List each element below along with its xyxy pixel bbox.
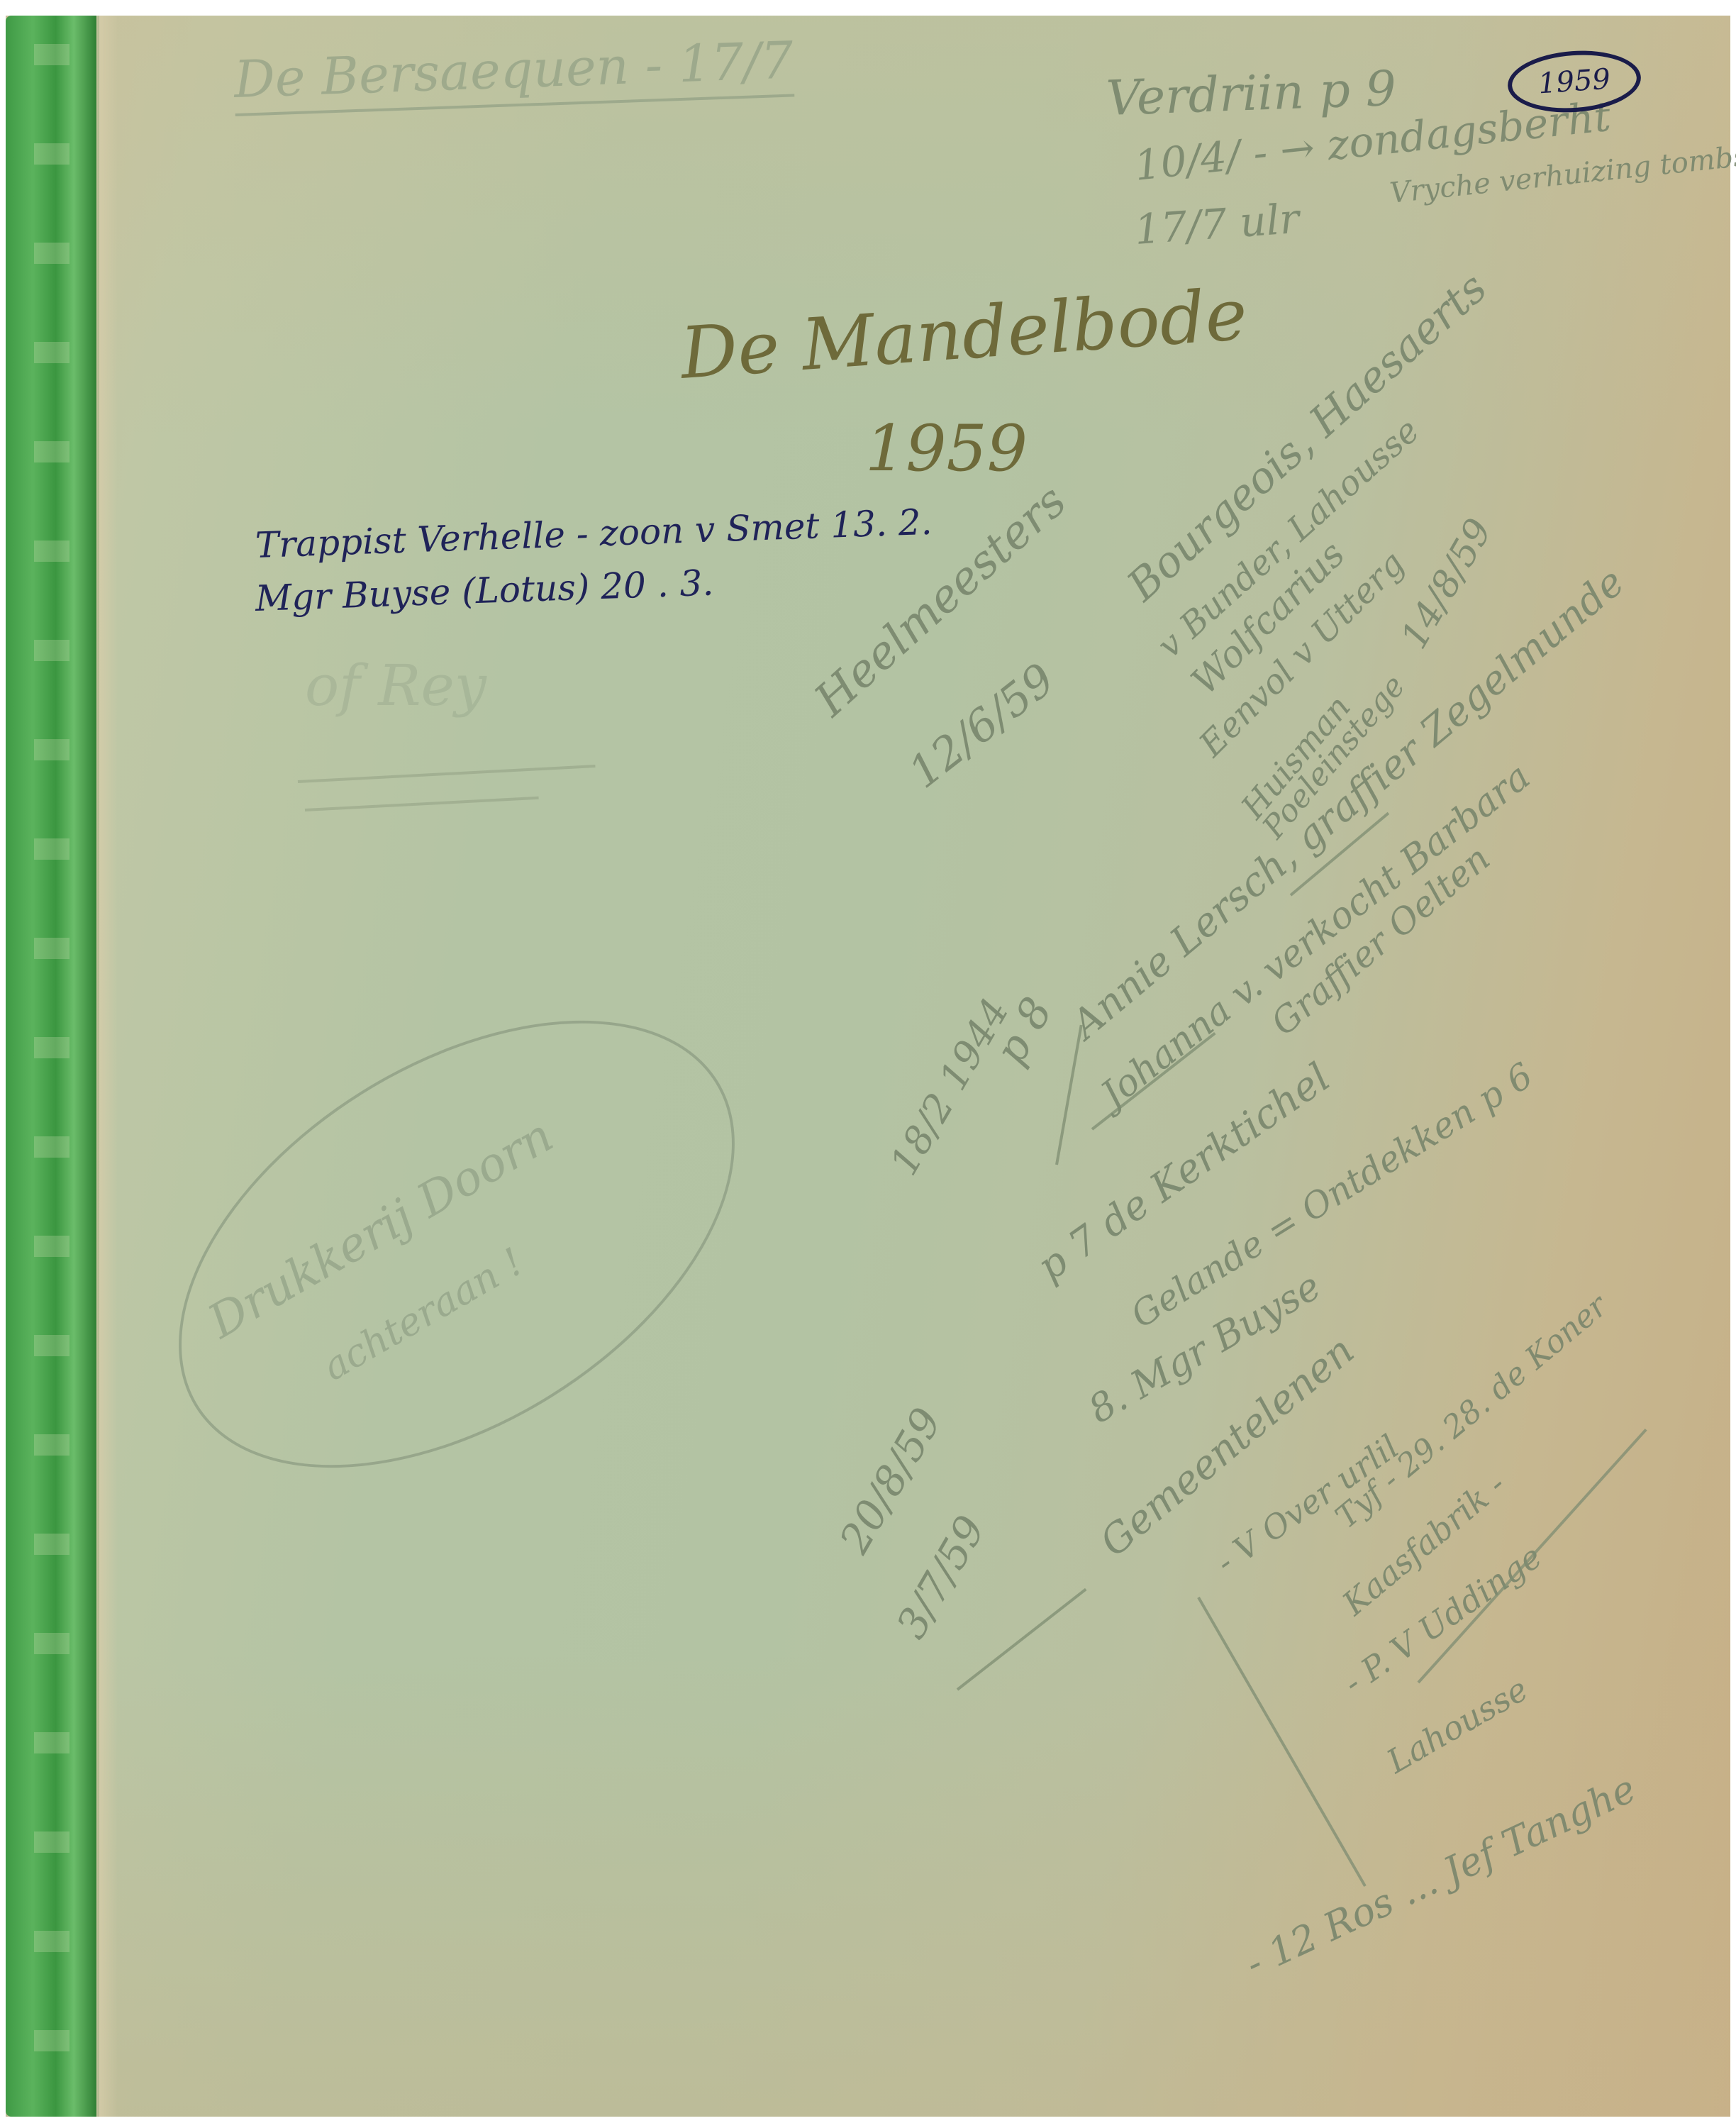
spine-paper-edge bbox=[96, 16, 118, 2117]
green-spine-binding bbox=[6, 16, 99, 2117]
cover-year: 1959 bbox=[865, 411, 1028, 486]
top-right-verdriin: Verdriin p 9 bbox=[1106, 61, 1397, 127]
faint-erased-note: of Rey bbox=[305, 653, 486, 719]
